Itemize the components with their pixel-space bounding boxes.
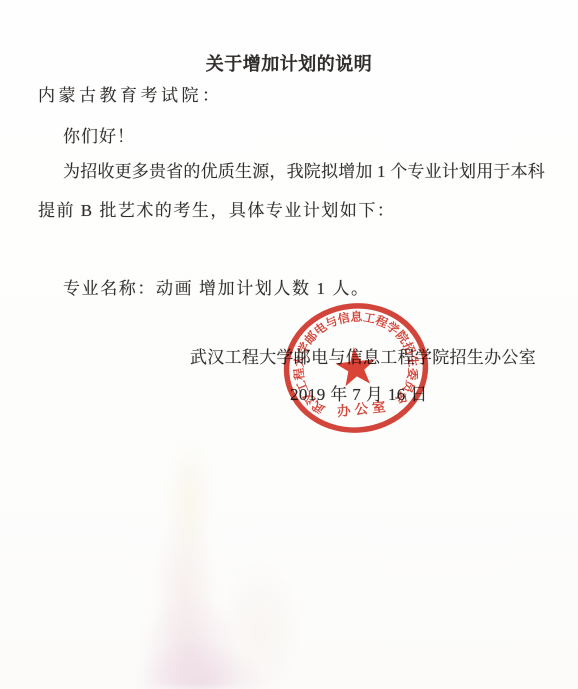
greeting-line: 你们好！	[63, 126, 135, 148]
body-paragraph-line-1: 为招收更多贵省的优质生源，我院拟增加 1 个专业计划用于本科	[63, 161, 545, 183]
seal-star-icon	[334, 345, 378, 387]
document-title: 关于增加计划的说明	[0, 53, 578, 75]
seal-center-text: 办公室	[336, 398, 390, 419]
official-seal: 武汉工程大学邮电与信息工程学院招生委员会 办公室	[264, 285, 449, 452]
recipient-line: 内蒙古教育考试院：	[38, 85, 223, 107]
document-page: 关于增加计划的说明 内蒙古教育考试院： 你们好！ 为招收更多贵省的优质生源，我院…	[0, 0, 578, 689]
body-paragraph-line-2: 提前 B 批艺术的考生，具体专业计划如下：	[38, 200, 395, 222]
scan-fold-smudge	[80, 440, 360, 689]
